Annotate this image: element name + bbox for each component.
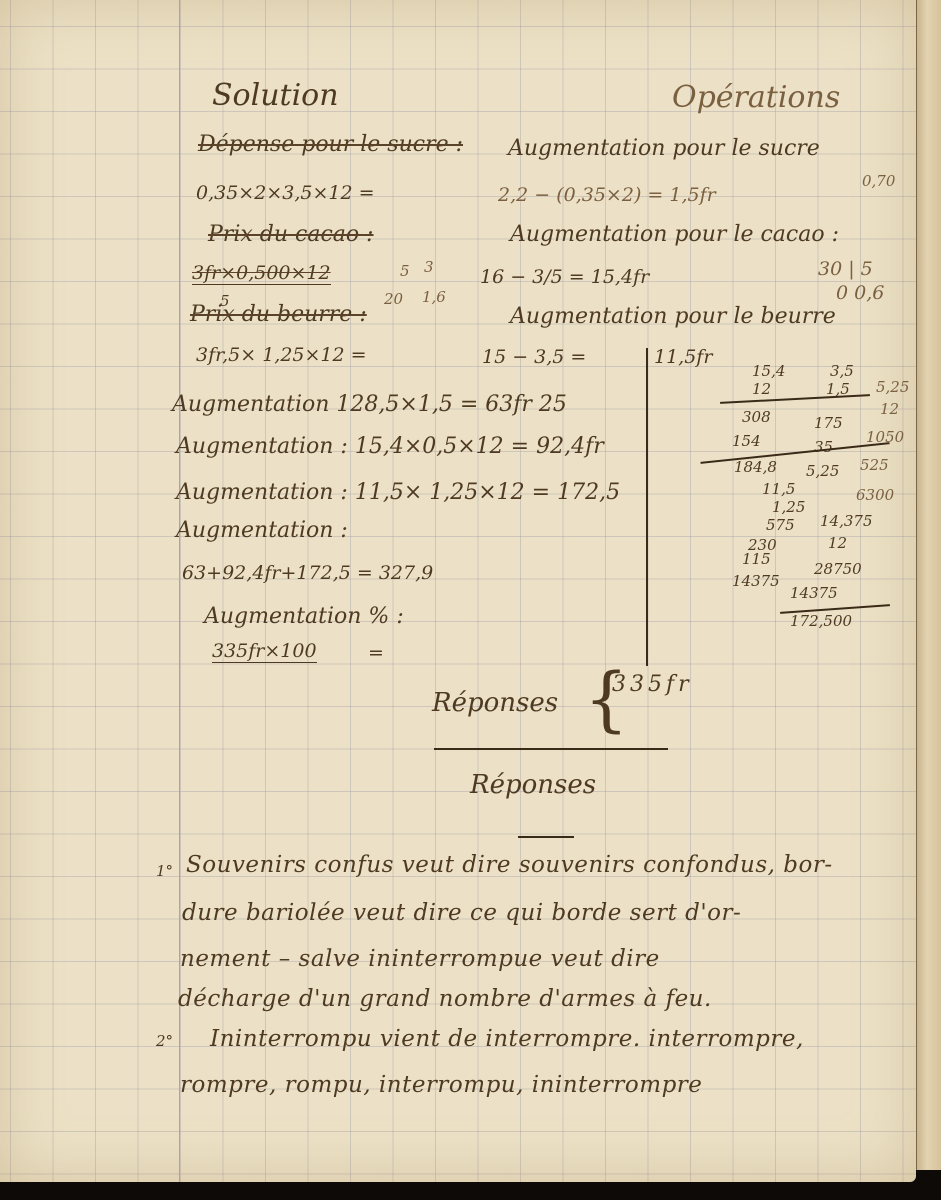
response-line: dure bariolée veut dire ce qui borde ser… — [182, 900, 741, 926]
notebook-page: Solution Opérations Dépense pour le sucr… — [0, 0, 916, 1182]
augmentation-total-calc: 63+92,4fr+172,5 = 327,9 — [182, 562, 433, 584]
sugar-expense-calc: 0,35×2×3,5×12 = — [196, 182, 375, 204]
responses-title: Réponses — [470, 770, 596, 800]
cocoa-price-label: Prix du cacao : — [208, 222, 374, 247]
cocoa-increase-label: Augmentation pour le cacao : — [510, 222, 839, 247]
scratch-rule — [720, 394, 870, 403]
answer-label: Réponses — [432, 688, 558, 718]
cocoa-price-calc: 3fr×0,500×12 — [192, 262, 331, 285]
butter-increase-result: 11,5fr — [654, 346, 712, 368]
sugar-increase-label: Augmentation pour le sucre — [508, 136, 820, 161]
augmentation-percent-label: Augmentation % : — [204, 604, 404, 629]
augmentation-percent-equals: = — [368, 642, 384, 664]
augmentation-percent-calc: 335fr×100 — [212, 640, 317, 663]
sugar-increase-note: 0,70 — [862, 172, 895, 190]
augmentation-line-2: Augmentation : 15,4×0,5×12 = 92,4fr — [176, 434, 604, 459]
augmentation-line-3: Augmentation : 11,5× 1,25×12 = 172,5 — [176, 480, 620, 505]
augmentation-total-label: Augmentation : — [176, 518, 348, 543]
operations-divider — [646, 348, 648, 666]
butter-increase-label: Augmentation pour le beurre — [510, 304, 836, 329]
responses-title-rule — [518, 836, 574, 838]
butter-price-calc: 3fr,5× 1,25×12 = — [196, 344, 367, 366]
scan-background — [0, 1182, 941, 1200]
answer-value: 335fr — [612, 672, 693, 697]
sugar-expense-label: Dépense pour le sucre : — [198, 132, 463, 157]
adjacent-page-edge — [916, 0, 941, 1170]
augmentation-line-1: Augmentation 128,5×1,5 = 63fr 25 — [172, 392, 567, 417]
butter-price-label: Prix du beurre : — [190, 302, 367, 327]
side-division-quotient: 1,6 — [422, 288, 446, 306]
cocoa-division-bottom: 0 0,6 — [836, 282, 884, 304]
sugar-increase-calc: 2,2 − (0,35×2) = 1,5fr — [498, 184, 716, 206]
response-marker-1: 1° — [156, 862, 173, 880]
side-division-divisor: 3 — [424, 258, 434, 276]
response-line: Ininterrompu vient de interrompre. inter… — [210, 1026, 804, 1052]
response-marker-2: 2° — [156, 1032, 173, 1050]
response-line: Souvenirs confus veut dire souvenirs con… — [186, 852, 833, 878]
operations-heading: Opérations — [672, 80, 840, 115]
side-division-remainder: 20 — [384, 290, 403, 308]
response-line: nement – salve ininterrompue veut dire — [180, 946, 660, 972]
cocoa-division-top: 30 | 5 — [818, 258, 873, 280]
butter-increase-calc: 15 − 3,5 = — [482, 346, 586, 368]
answer-rule — [434, 748, 668, 750]
cocoa-increase-calc: 16 − 3/5 = 15,4fr — [480, 266, 649, 288]
solution-heading: Solution — [212, 78, 339, 113]
response-line: rompre, rompu, interrompu, ininterrompre — [180, 1072, 702, 1098]
side-division-dividend: 5 — [400, 262, 410, 280]
response-line: décharge d'un grand nombre d'armes à feu… — [178, 986, 712, 1012]
